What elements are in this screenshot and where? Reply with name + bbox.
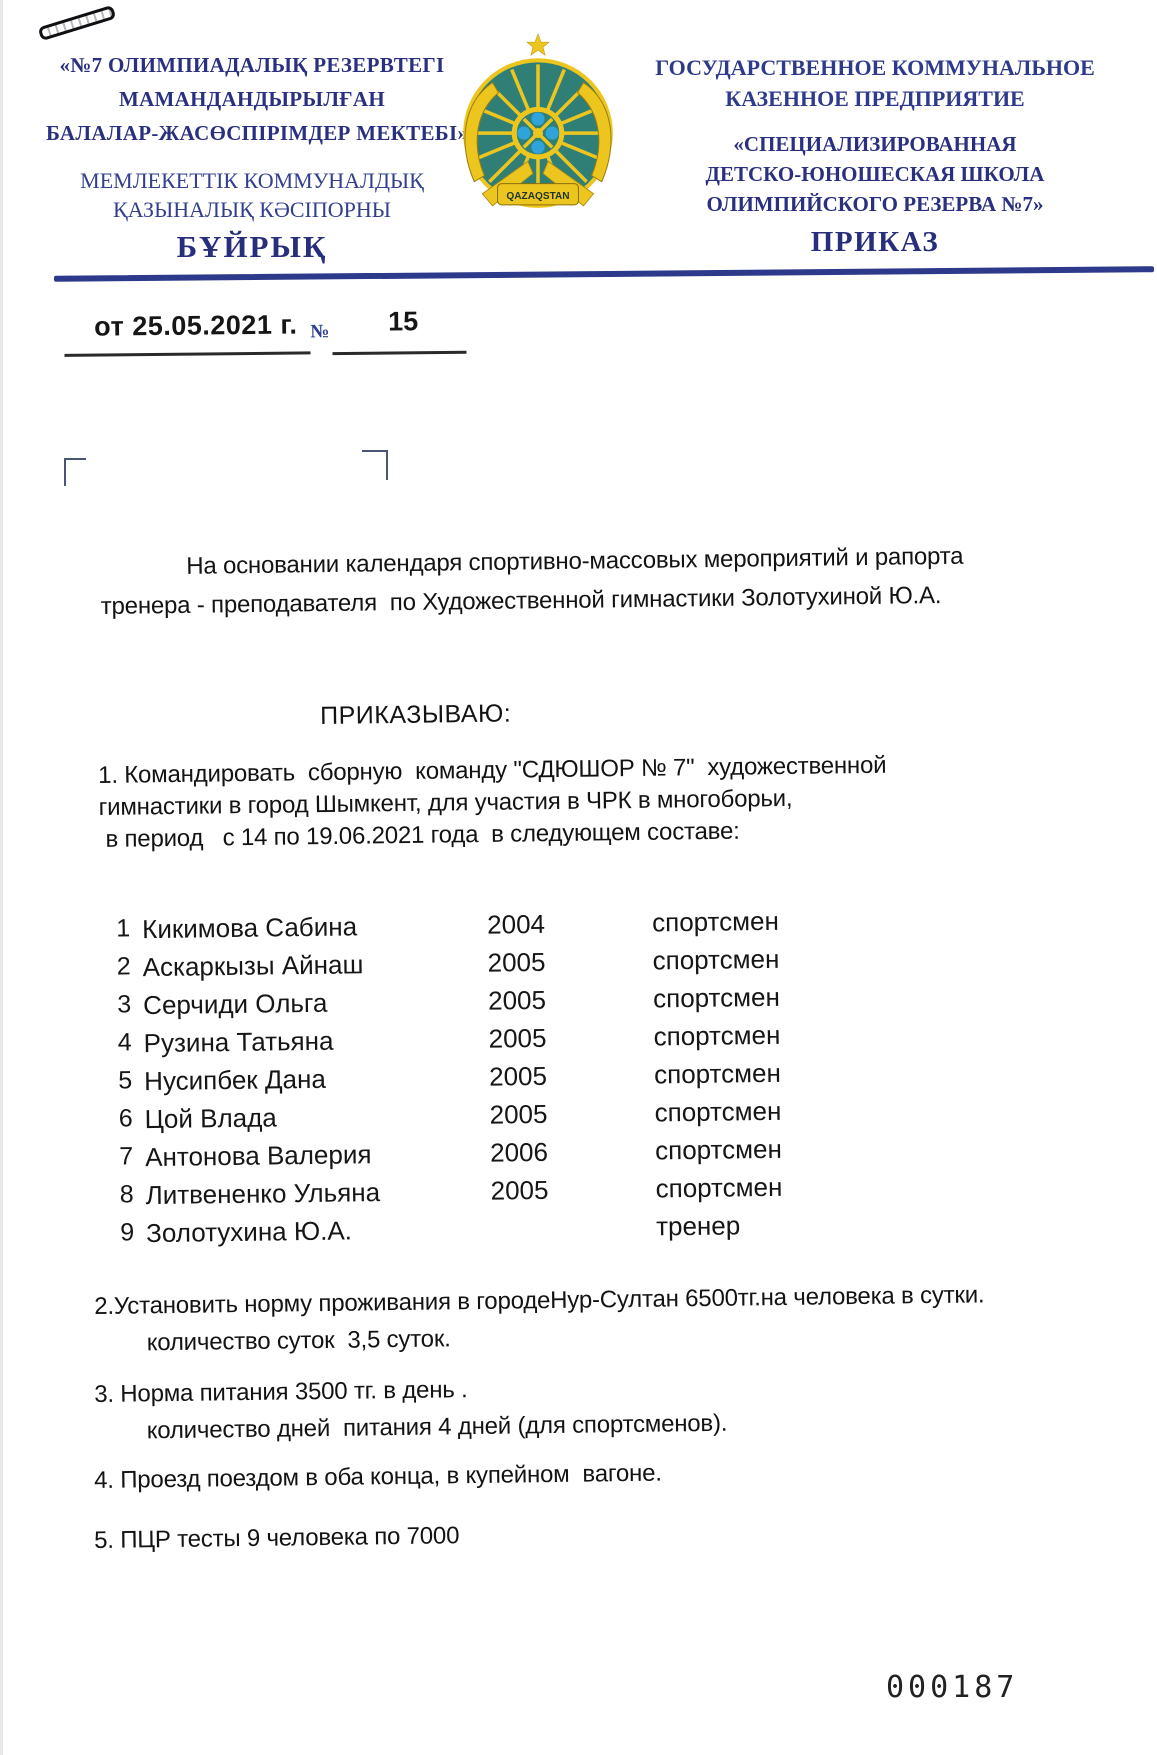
header-divider-rule: [54, 266, 1154, 282]
roster-num: 8: [113, 1180, 133, 1209]
org-type-kk: МЕМЛЕКЕТТІК КОММУНАЛДЫҚ ҚАЗЫНАЛЫҚ КӘСІПО…: [46, 166, 458, 224]
date-underline: [64, 351, 310, 356]
roster-year: 2004: [487, 909, 545, 941]
corner-mark-right: [362, 450, 388, 480]
item-5-paragraph: 5. ПЦР тесты 9 человека по 7000: [94, 1522, 459, 1555]
org-name-kk-line3: БАЛАЛАР-ЖАСӨСПІРІМДЕР МЕКТЕБІ»: [46, 116, 458, 150]
roster-year: 2006: [490, 1137, 548, 1169]
number-underline: [332, 351, 466, 355]
doc-title-kk: БҰЙРЫҚ: [46, 229, 458, 265]
roster-num: 1: [110, 914, 130, 943]
item-5-line-1: 5. ПЦР тесты 9 человека по 7000: [94, 1522, 459, 1555]
roster-num: 6: [112, 1104, 132, 1133]
footer-page-number: 000187: [886, 1670, 1018, 1705]
org-type-kk-line1: МЕМЛЕКЕТТІК КОММУНАЛДЫҚ: [46, 166, 458, 195]
roster-num: 5: [112, 1066, 132, 1095]
roster-name: Золотухина Ю.А.: [146, 1215, 352, 1249]
org-name-ru-line2: ДЕТСКО-ЮНОШЕСКАЯ ШКОЛА: [630, 159, 1120, 189]
pen-mark-artifact: [38, 5, 117, 41]
roster-role: спортсмен: [654, 1058, 781, 1091]
roster-role: спортсмен: [653, 982, 780, 1015]
roster-year: 2005: [489, 1061, 547, 1093]
roster-name: Рузина Татьяна: [143, 1026, 333, 1059]
date-number-line: от 25.05.2021 г. № 15: [58, 303, 519, 372]
org-name-ru: «СПЕЦИАЛИЗИРОВАННАЯ ДЕТСКО-ЮНОШЕСКАЯ ШКО…: [630, 129, 1120, 219]
roster-name: Цой Влада: [144, 1102, 276, 1135]
roster-role: тренер: [656, 1210, 741, 1242]
emblem-star-icon: [527, 34, 549, 55]
scanned-order-document: «№7 ОЛИМПИАДАЛЫҚ РЕЗЕРВТЕГІ МАМАНДАНДЫРЫ…: [0, 0, 1157, 1755]
roster-num: 4: [111, 1028, 131, 1057]
item-1-paragraph: 1. Командировать сборную команду "СДЮШОР…: [98, 750, 887, 856]
item-3-paragraph: 3. Норма питания 3500 тг. в день . колич…: [94, 1368, 728, 1450]
roster-year: 2005: [490, 1175, 548, 1207]
roster-num: 7: [113, 1142, 133, 1171]
roster-year: 2005: [488, 985, 546, 1017]
header-left-kazakh: «№7 ОЛИМПИАДАЛЫҚ РЕЗЕРВТЕГІ МАМАНДАНДЫРЫ…: [46, 48, 458, 265]
scan-edge-artifact: [0, 0, 3, 1755]
team-roster: 1 Кикимова Сабина 2004 спортсмен 2 Аскар…: [0, 904, 904, 1258]
roster-name: Нусипбек Дана: [144, 1064, 326, 1097]
roster-year: 2005: [488, 1023, 546, 1055]
order-date: от 25.05.2021 г.: [94, 309, 298, 342]
roster-role: спортсмен: [655, 1134, 782, 1167]
org-name-ru-line3: ОЛИМПИЙСКОГО РЕЗЕРВА №7»: [630, 189, 1120, 219]
number-sign: №: [310, 321, 329, 343]
org-type-kk-line2: ҚАЗЫНАЛЫҚ КӘСІПОРНЫ: [46, 195, 458, 224]
roster-year: 2005: [487, 947, 545, 979]
roster-name: Кикимова Сабина: [142, 911, 357, 945]
roster-name: Литвененко Ульяна: [145, 1177, 380, 1211]
roster-year: 2005: [489, 1099, 547, 1131]
org-name-kk-line1: «№7 ОЛИМПИАДАЛЫҚ РЕЗЕРВТЕГІ: [46, 48, 458, 82]
roster-role: спортсмен: [653, 1020, 780, 1053]
header-right-russian: ГОСУДАРСТВЕННОЕ КОММУНАЛЬНОЕ КАЗЕННОЕ ПР…: [630, 52, 1120, 259]
roster-role: спортсмен: [652, 944, 779, 977]
emblem-banner-text: QAZAQSTAN: [506, 191, 569, 202]
org-name-ru-line1: «СПЕЦИАЛИЗИРОВАННАЯ: [630, 129, 1120, 159]
roster-role: спортсмен: [655, 1172, 782, 1205]
roster-role: спортсмен: [654, 1096, 781, 1129]
order-heading: ПРИКАЗЫВАЮ:: [320, 699, 511, 730]
doc-title-ru: ПРИКАЗ: [630, 226, 1120, 259]
corner-mark-left: [64, 458, 86, 486]
org-type-ru-line2: КАЗЕННОЕ ПРЕДПРИЯТИЕ: [630, 83, 1120, 114]
org-name-kk-line2: МАМАНДАНДЫРЫЛҒАН: [46, 82, 458, 116]
roster-name: Аскаркызы Айнаш: [142, 949, 363, 983]
item-3-line-2: количество дней питания 4 дней (для спор…: [94, 1405, 727, 1450]
item-4-line-1: 4. Проезд поездом в оба конца, в купейно…: [94, 1460, 662, 1495]
org-type-ru: ГОСУДАРСТВЕННОЕ КОММУНАЛЬНОЕ КАЗЕННОЕ ПР…: [630, 52, 1120, 114]
roster-role: спортсмен: [652, 906, 779, 939]
item-4-paragraph: 4. Проезд поездом в оба конца, в купейно…: [94, 1460, 662, 1495]
intro-paragraph: На основании календаря спортивно-массовы…: [100, 537, 964, 626]
org-type-ru-line1: ГОСУДАРСТВЕННОЕ КОММУНАЛЬНОЕ: [630, 52, 1120, 83]
item-2-paragraph: 2.Установить норму проживания в городеНу…: [94, 1276, 985, 1362]
roster-num: 2: [110, 952, 130, 981]
roster-num: 9: [114, 1218, 134, 1247]
roster-num: 3: [111, 990, 131, 1019]
roster-name: Антонова Валерия: [145, 1139, 372, 1173]
roster-name: Серчиди Ольга: [143, 988, 328, 1021]
org-name-kk: «№7 ОЛИМПИАДАЛЫҚ РЕЗЕРВТЕГІ МАМАНДАНДЫРЫ…: [46, 48, 458, 150]
kazakhstan-coat-of-arms-icon: QAZAQSTAN: [452, 32, 624, 216]
order-number: 15: [388, 306, 418, 337]
